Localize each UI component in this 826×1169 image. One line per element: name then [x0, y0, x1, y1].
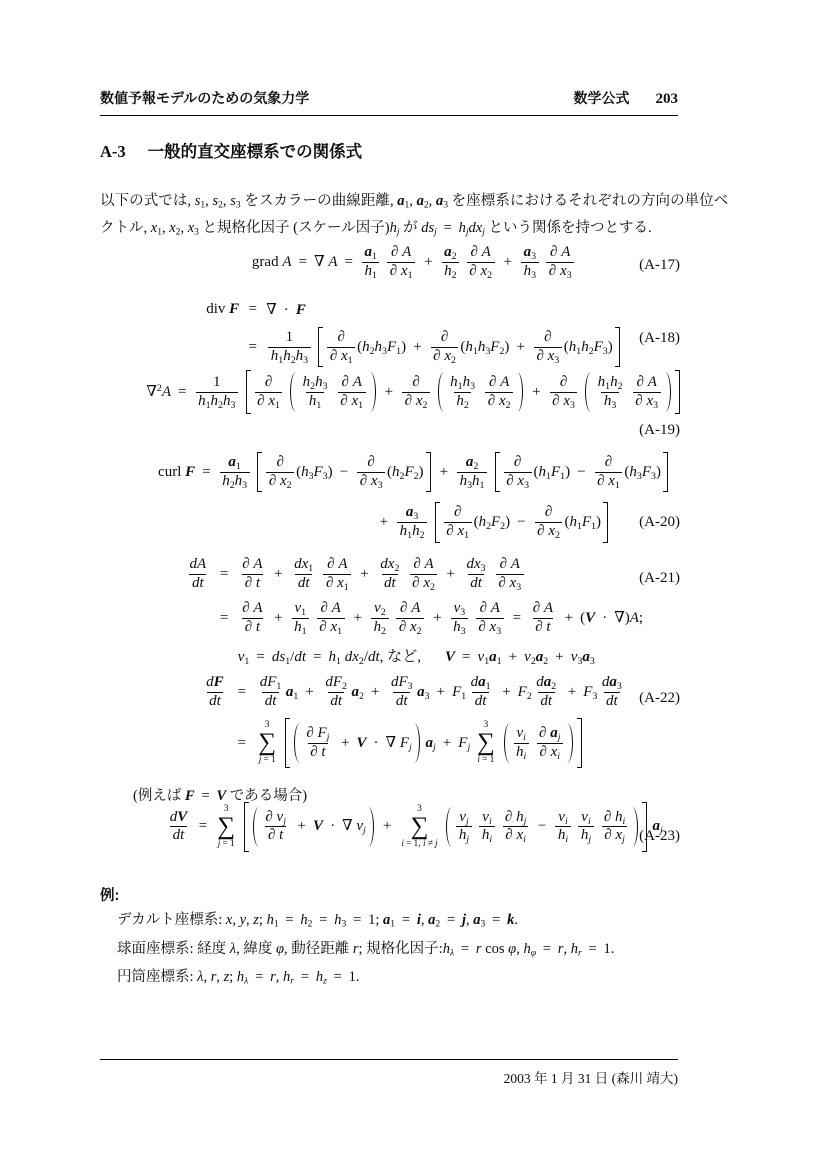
- equation-tag-a20: (A-20): [639, 514, 680, 531]
- equation-a19: ∇2A = 1h1h2h3 ∂∂ x1 h2h3h1 ∂ A∂ x1 + ∂∂ …: [100, 370, 728, 414]
- example-cartesian: デカルト座標系: x, y, z; h1 = h2 = h3 = 1; a1 =…: [117, 906, 745, 935]
- eq-rhs: ∂ A∂ t + dx1dt ∂ A∂ x1 + dx2dt ∂ A∂ x2 +…: [238, 552, 643, 596]
- example-spherical: 球面座標系: 経度 λ, 緯度 φ, 動径距離 r; 規格化因子:hλ = r …: [117, 935, 745, 964]
- equation-a21: dAdt = ∂ A∂ t + dx1dt ∂ A∂ x1 + dx2dt ∂ …: [100, 552, 728, 670]
- equation-tag-a21: (A-21): [639, 570, 680, 587]
- equation-a18-body: div F = ∇ · F = 1h1h2h3 ∂∂ x1(h2h3F1) + …: [206, 296, 621, 371]
- equation-tag-a18: (A-18): [639, 330, 680, 347]
- header-right: 数学公式 203: [574, 88, 679, 108]
- page-footer: 2003 年 1 月 31 日 (森川 靖大): [100, 1059, 678, 1087]
- equation-line: div F = ∇ · F: [206, 296, 621, 323]
- page-header: 数値予報モデルのための気象力学 数学公式 203: [100, 88, 678, 116]
- eq-rel: =: [211, 596, 238, 640]
- eq-rel: =: [211, 552, 238, 596]
- eq-lhs: dFdt: [202, 670, 229, 714]
- equation-tag-a22: (A-22): [639, 690, 680, 707]
- equation-a22-body: dFdt = dF1dta1 + dF2dta2 + dF3dta3 + F1d…: [202, 670, 627, 772]
- equation-line: v1 = ds1/dt = h1 dx2/dt, など, V = v1a1 + …: [185, 641, 643, 671]
- eq-rhs: ∂ A∂ t + v1h1 ∂ A∂ x1 + v2h2 ∂ A∂ x2 + v…: [238, 596, 643, 640]
- example-cylindrical: 円筒座標系: λ, r, z; hλ = r, hr = hz = 1.: [117, 963, 745, 992]
- equation-a17: grad A = ∇ A = a1h1 ∂ A∂ x1 + a2h2 ∂ A∂ …: [100, 244, 728, 280]
- eq-rhs: dF1dta1 + dF2dta2 + dF3dta3 + F1da1dt + …: [255, 670, 626, 714]
- eq-rel: =: [239, 323, 266, 371]
- eq-rel: [211, 641, 238, 671]
- equation-tag-a23: (A-23): [639, 828, 680, 845]
- eq-lhs: [202, 714, 229, 772]
- eq-rhs: v1 = ds1/dt = h1 dx2/dt, など, V = v1a1 + …: [238, 641, 643, 671]
- section-heading: A-3 一般的直交座標系での関係式: [100, 138, 728, 162]
- book-title: 数値予報モデルのための気象力学: [100, 88, 309, 108]
- eq-rel: =: [228, 714, 255, 772]
- equation-a21-body: dAdt = ∂ A∂ t + dx1dt ∂ A∂ x1 + dx2dt ∂ …: [185, 552, 643, 670]
- equation-a18: div F = ∇ · F = 1h1h2h3 ∂∂ x1(h2h3F1) + …: [100, 296, 728, 371]
- page: 数値予報モデルのための気象力学 数学公式 203 A-3 一般的直交座標系での関…: [0, 0, 826, 1169]
- equation-tag-a19: (A-19): [639, 422, 680, 439]
- equation-a20: curl F = a1h2h3 ∂∂ x2(h3F3) − ∂∂ x3(h2F2…: [100, 452, 728, 543]
- examples-list: デカルト座標系: x, y, z; h1 = h2 = h3 = 1; a1 =…: [100, 906, 745, 992]
- footer-date: 2003 年 1 月 31 日 (森川 靖大): [504, 1071, 678, 1086]
- eq-lhs: dAdt: [185, 552, 211, 596]
- equation-a23: dVdt = 3∑j=1 ∂ vj∂ t + V · ∇ vj + 3∑i=1,…: [100, 802, 728, 852]
- equation-a20-line2: + a3h1h2 ∂∂ x1(h2F2) − ∂∂ x2(h1F1): [100, 502, 728, 542]
- equation-line: = ∂ A∂ t + v1h1 ∂ A∂ x1 + v2h2 ∂ A∂ x2 +…: [185, 596, 643, 640]
- equation-a17-body: grad A = ∇ A = a1h1 ∂ A∂ x1 + a2h2 ∂ A∂ …: [252, 254, 576, 270]
- page-number: 203: [656, 91, 679, 108]
- equation-a20-line1: curl F = a1h2h3 ∂∂ x2(h3F3) − ∂∂ x3(h2F2…: [100, 452, 728, 492]
- eq-lhs: div F: [206, 296, 239, 323]
- eq-lhs: [185, 641, 211, 671]
- header-section-label: 数学公式: [574, 88, 630, 108]
- eq-rel: =: [239, 296, 266, 323]
- equation-line: = 1h1h2h3 ∂∂ x1(h2h3F1) + ∂∂ x2(h1h3F2) …: [206, 323, 621, 371]
- section-id: A-3: [100, 142, 126, 162]
- equation-line: dAdt = ∂ A∂ t + dx1dt ∂ A∂ x1 + dx2dt ∂ …: [185, 552, 643, 596]
- equation-tag-a17: (A-17): [639, 257, 680, 274]
- intro-paragraph: 以下の式では, s1, s2, s3 をスカラーの曲線距離, a1, a2, a…: [100, 188, 728, 242]
- eq-rhs: 3∑j=1 ∂ Fj∂ t + V · ∇ Fj aj + Fj 3∑i=1 v…: [255, 714, 626, 772]
- equation-a19-body: ∇2A = 1h1h2h3 ∂∂ x1 h2h3h1 ∂ A∂ x1 + ∂∂ …: [146, 384, 681, 400]
- eq-lhs: [185, 596, 211, 640]
- eq-rel: =: [228, 670, 255, 714]
- eq-rhs: 1h1h2h3 ∂∂ x1(h2h3F1) + ∂∂ x2(h1h3F2) + …: [266, 323, 621, 371]
- examples-label: 例:: [100, 884, 728, 905]
- eq-rhs: ∇ · F: [266, 296, 621, 323]
- equation-a22: dFdt = dF1dta1 + dF2dta2 + dF3dta3 + F1d…: [100, 670, 728, 772]
- equation-line: dFdt = dF1dta1 + dF2dta2 + dF3dta3 + F1d…: [202, 670, 627, 714]
- equation-a23-body: dVdt = 3∑j=1 ∂ vj∂ t + V · ∇ vj + 3∑i=1,…: [165, 818, 663, 834]
- section-title: 一般的直交座標系での関係式: [148, 138, 363, 162]
- equation-line: = 3∑j=1 ∂ Fj∂ t + V · ∇ Fj aj + Fj 3∑i=1…: [202, 714, 627, 772]
- eq-lhs: [206, 323, 239, 371]
